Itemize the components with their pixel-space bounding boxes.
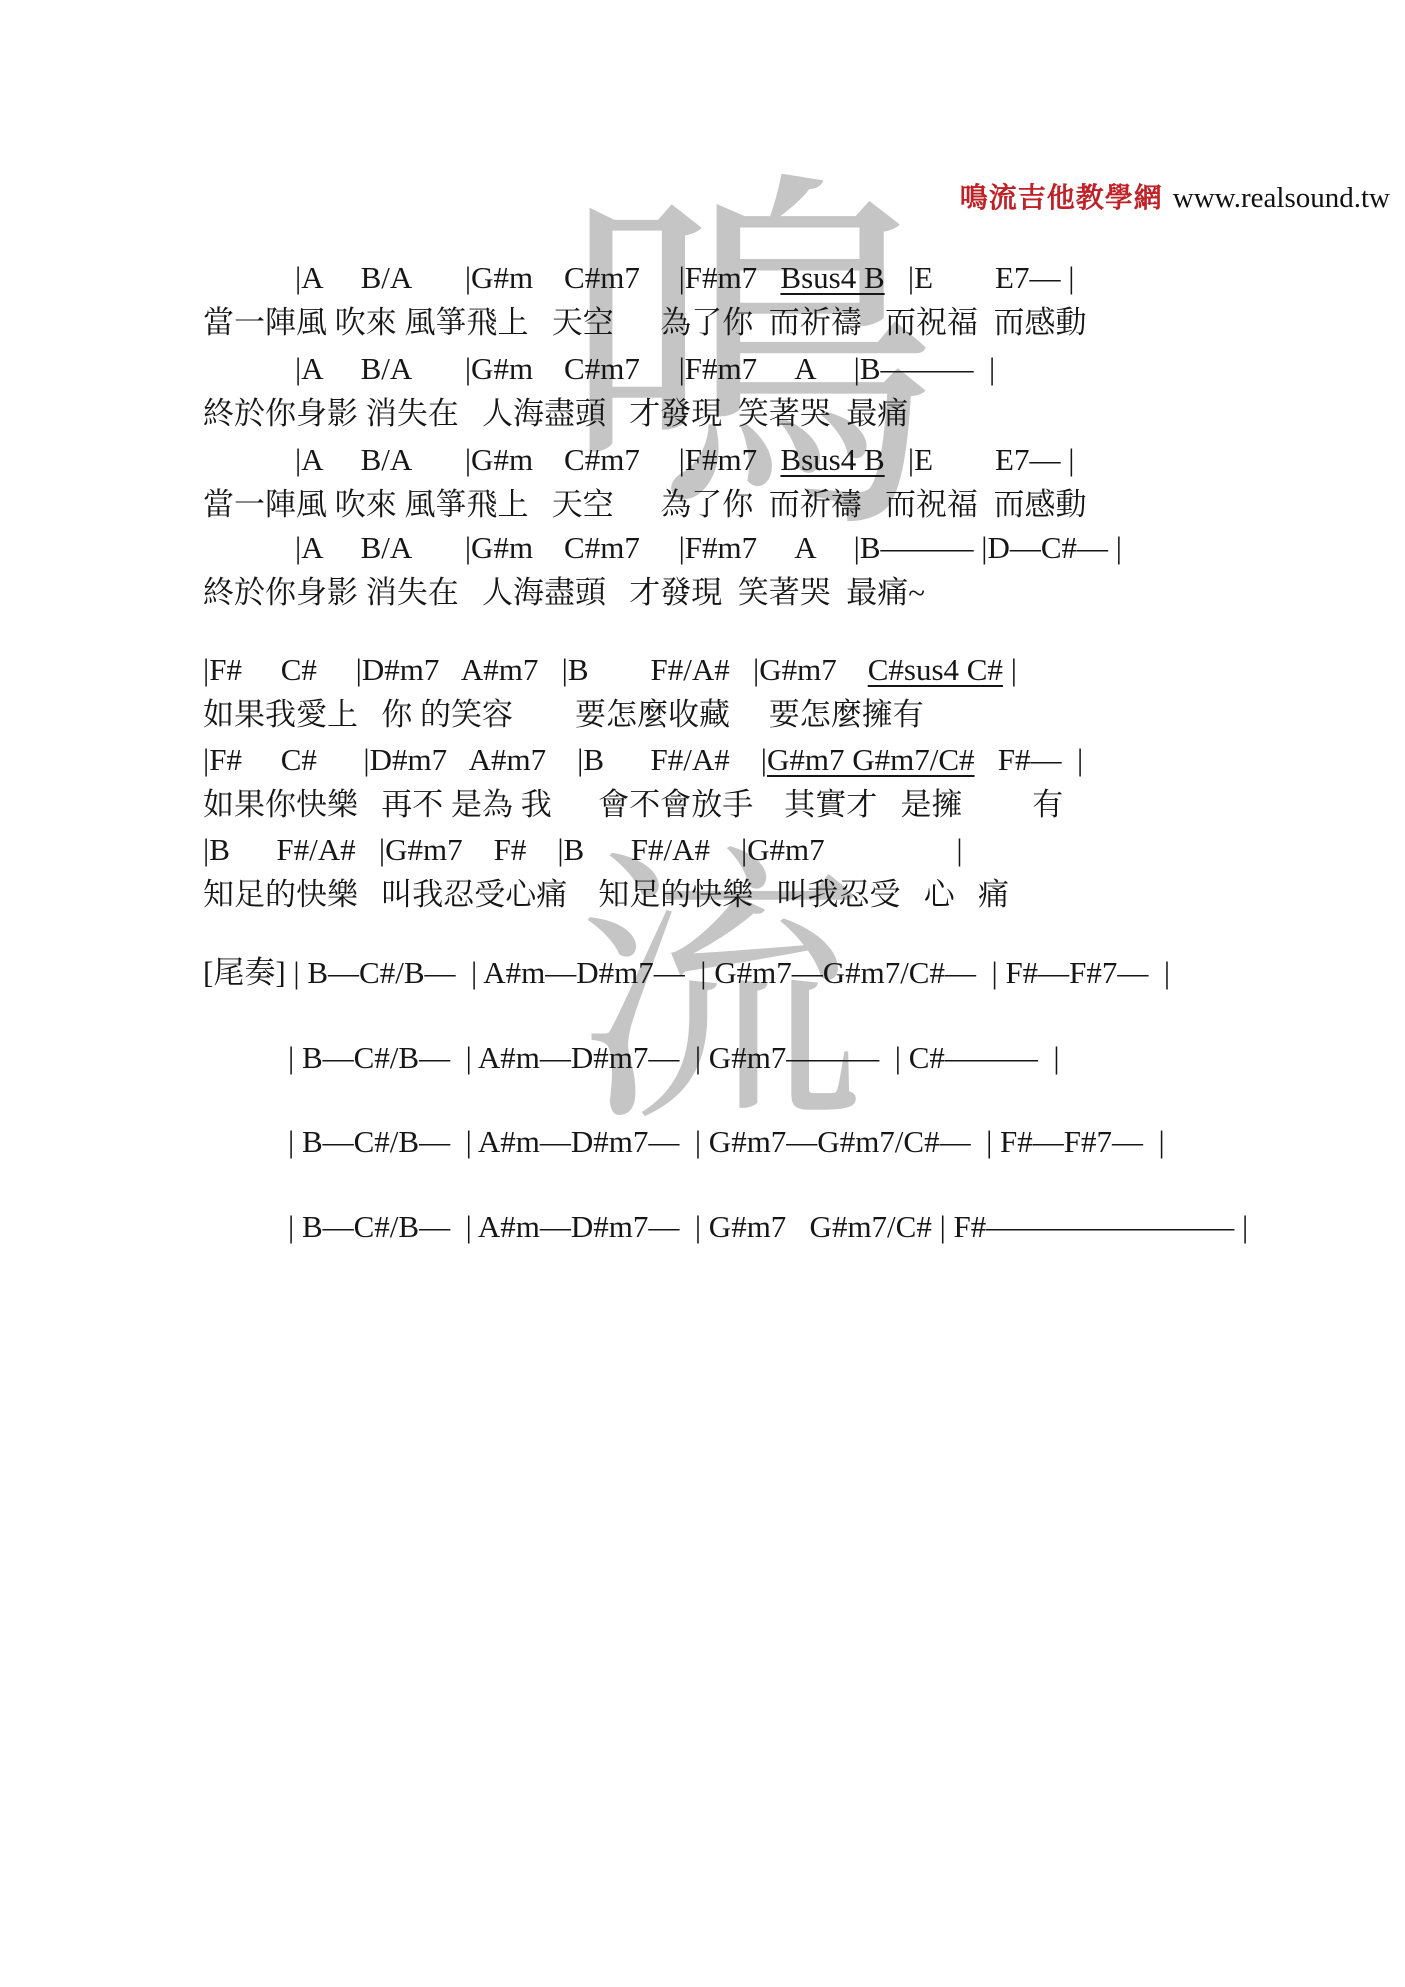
lyric-line-verse1-4: 終於你身影 消失在 人海盡頭 才發現 笑著哭 最痛~ (203, 573, 925, 613)
lyric-line-verse2-2: 如果你快樂 再不 是為 我 會不會放手 其實才 是擁 有 (203, 785, 1063, 825)
chord-segment: |F# C# |D#m7 A#m7 |B F#/A# |G#m7 (203, 652, 868, 687)
chord-line-verse1-3: |A B/A |G#m C#m7 |F#m7 Bsus4 B |E E7— | (295, 440, 1074, 480)
lyric-line-verse1-1: 當一陣風 吹來 風箏飛上 天空 為了你 而祈禱 而祝福 而感動 (203, 303, 1087, 343)
chord-segment: F#— | (975, 742, 1084, 777)
chord-line-verse1-2: |A B/A |G#m C#m7 |F#m7 A |B——— | (295, 349, 995, 389)
chord-segment: |A B/A |G#m C#m7 |F#m7 (295, 260, 780, 295)
outro-line-2: | B—C#/B— | A#m—D#m7— | G#m7——— | C#——— … (288, 1038, 1060, 1078)
chord-segment: |E E7— | (885, 260, 1075, 295)
chord-segment: |A B/A |G#m C#m7 |F#m7 (295, 442, 780, 477)
lyric-line-verse1-3: 當一陣風 吹來 風箏飛上 天空 為了你 而祈禱 而祝福 而感動 (203, 485, 1087, 525)
outro-line-4: | B—C#/B— | A#m—D#m7— | G#m7 G#m7/C# | F… (288, 1207, 1248, 1247)
chord-segment: |F# C# |D#m7 A#m7 |B F#/A# | (203, 742, 767, 777)
chord-segment-underlined: Bsus4 B (780, 260, 884, 295)
chord-sheet-page: 鳴 流 鳴流吉他教學網www.realsound.tw |A B/A |G#m … (0, 0, 1405, 1987)
chord-line-verse2-2: |F# C# |D#m7 A#m7 |B F#/A# |G#m7 G#m7/C#… (203, 740, 1083, 780)
chord-segment: |E E7— | (885, 442, 1075, 477)
lyric-line-verse1-2: 終於你身影 消失在 人海盡頭 才發現 笑著哭 最痛 (203, 394, 908, 434)
outro-line-1: [尾奏] | B—C#/B— | A#m—D#m7— | G#m7—G#m7/C… (203, 953, 1170, 993)
lyric-line-verse2-1: 如果我愛上 你 的笑容 要怎麼收藏 要怎麼擁有 (203, 695, 924, 735)
chord-segment-underlined: Bsus4 B (780, 442, 884, 477)
chord-line-verse2-3: |B F#/A# |G#m7 F# |B F#/A# |G#m7 | (203, 830, 963, 870)
chord-segment-underlined: C#sus4 C# (868, 652, 1003, 687)
chord-line-verse1-4: |A B/A |G#m C#m7 |F#m7 A |B——— |D—C#— | (295, 528, 1122, 568)
chord-line-verse1-1: |A B/A |G#m C#m7 |F#m7 Bsus4 B |E E7— | (295, 258, 1074, 298)
chord-segment: | (1003, 652, 1017, 687)
site-url: www.realsound.tw (1173, 182, 1390, 214)
chord-segment-underlined: G#m7 G#m7/C# (767, 742, 975, 777)
lyric-line-verse2-3: 知足的快樂 叫我忍受心痛 知足的快樂 叫我忍受 心 痛 (203, 875, 1009, 915)
chord-line-verse2-1: |F# C# |D#m7 A#m7 |B F#/A# |G#m7 C#sus4 … (203, 650, 1017, 690)
site-name: 鳴流吉他教學網 (960, 183, 1163, 214)
site-header: 鳴流吉他教學網www.realsound.tw (960, 176, 1390, 216)
outro-line-3: | B—C#/B— | A#m—D#m7— | G#m7—G#m7/C#— | … (288, 1122, 1165, 1162)
